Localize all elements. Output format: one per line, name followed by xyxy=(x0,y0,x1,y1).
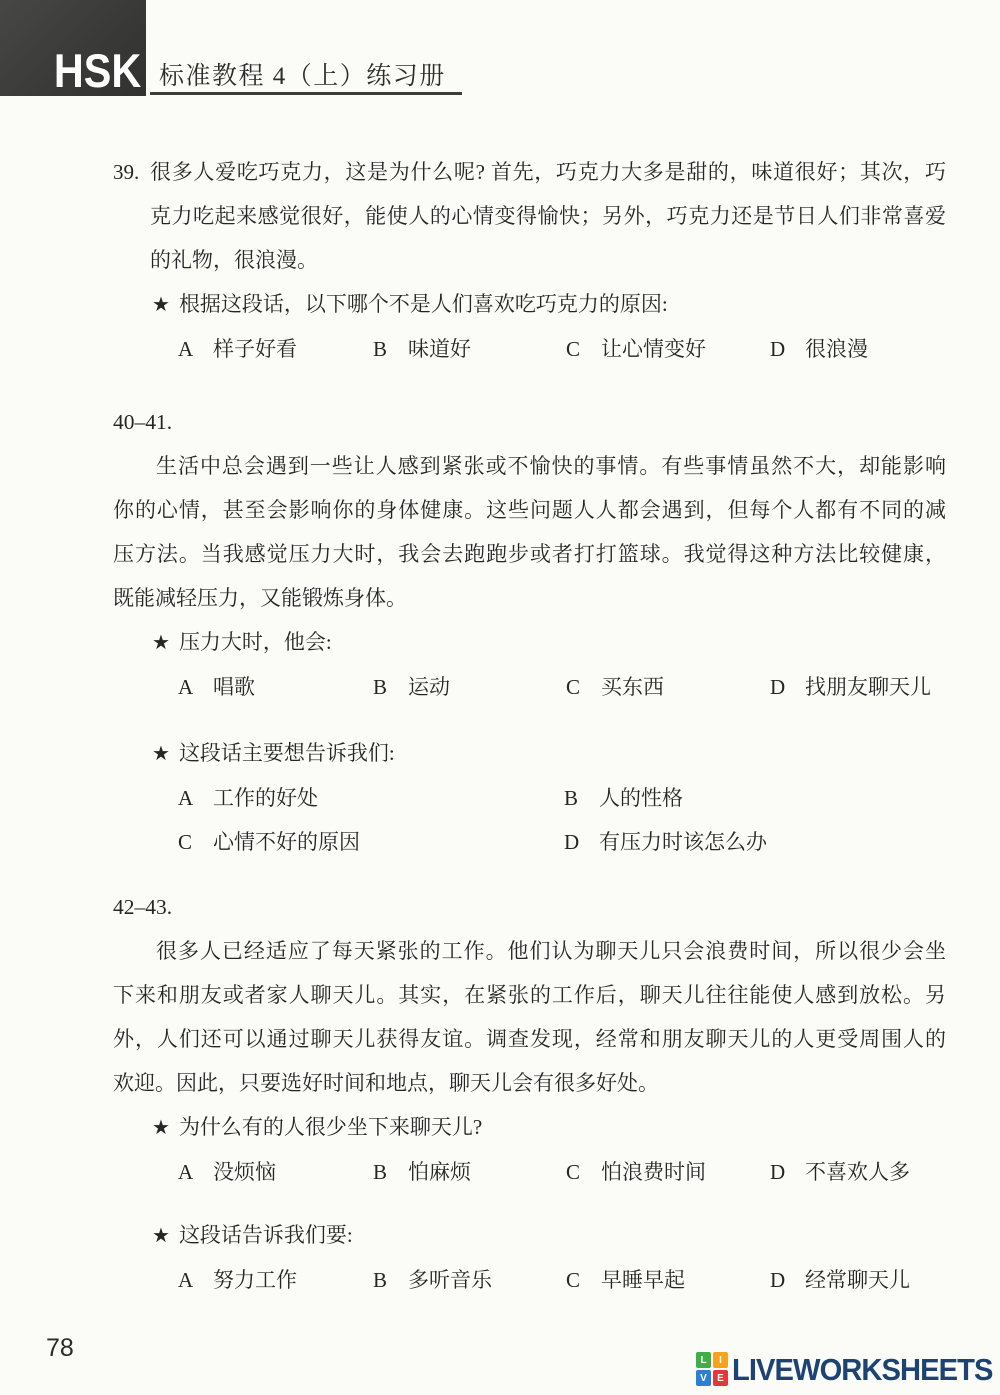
question-41-options-row1: A工作的好处 B人的性格 xyxy=(113,776,946,820)
option-text: 人的性格 xyxy=(599,786,683,810)
option-text: 找朋友聊天儿 xyxy=(805,675,931,699)
question-40-star: ★压力大时，他会: xyxy=(113,620,946,665)
option-text: 很浪漫 xyxy=(805,337,868,361)
option-d[interactable]: D找朋友聊天儿 xyxy=(770,665,931,709)
option-c[interactable]: C心情不好的原因 xyxy=(178,820,564,864)
option-letter: B xyxy=(373,327,408,371)
option-letter: A xyxy=(178,665,213,709)
star-icon: ★ xyxy=(152,621,170,665)
passage-line: 很多人已经适应了每天紧张的工作。他们认为聊天儿只会浪费时间，所以很少会坐 xyxy=(113,929,946,973)
option-text: 早睡早起 xyxy=(601,1268,685,1292)
option-b[interactable]: B味道好 xyxy=(373,327,566,371)
option-letter: D xyxy=(564,820,599,864)
star-question-text: 为什么有的人很少坐下来聊天儿? xyxy=(179,1115,482,1139)
logo-square-l: L xyxy=(696,1352,711,1368)
section-number-40-41: 40–41. xyxy=(113,400,946,444)
option-text: 多听音乐 xyxy=(408,1268,492,1292)
option-text: 怕麻烦 xyxy=(408,1160,471,1184)
option-text: 努力工作 xyxy=(213,1268,297,1292)
option-text: 有压力时该怎么办 xyxy=(599,830,767,854)
option-letter: A xyxy=(178,776,213,820)
passage-line: 外，人们还可以通过聊天儿获得友谊。调查发现，经常和朋友聊天儿的人更受周围人的 xyxy=(113,1017,946,1061)
passage-line: 克力吃起来感觉很好，能使人的心情变得愉快；另外，巧克力还是节日人们非常喜爱 xyxy=(150,194,946,238)
star-icon: ★ xyxy=(152,283,170,327)
star-icon: ★ xyxy=(152,732,170,776)
star-icon: ★ xyxy=(152,1214,170,1258)
option-text: 怕浪费时间 xyxy=(601,1160,706,1184)
option-a[interactable]: A努力工作 xyxy=(178,1258,373,1302)
section-number-42-43: 42–43. xyxy=(113,885,946,929)
option-letter: D xyxy=(770,1150,805,1194)
star-question-text: 根据这段话，以下哪个不是人们喜欢吃巧克力的原因: xyxy=(179,292,668,316)
option-b[interactable]: B人的性格 xyxy=(564,776,683,820)
page-content: 39. 很多人爱吃巧克力，这是为什么呢? 首先，巧克力大多是甜的，味道很好；其次… xyxy=(113,96,946,1302)
passage-line: 生活中总会遇到一些让人感到紧张或不愉快的事情。有些事情虽然不大，却能影响 xyxy=(113,444,946,488)
option-b[interactable]: B怕麻烦 xyxy=(373,1150,566,1194)
option-letter: D xyxy=(770,327,805,371)
option-letter: C xyxy=(566,327,601,371)
star-question-text: 这段话主要想告诉我们: xyxy=(179,741,395,765)
liveworksheets-icon: L I V E xyxy=(696,1352,728,1386)
option-letter: D xyxy=(770,1258,805,1302)
course-title: 标准教程 4（上）练习册 xyxy=(159,56,446,92)
option-a[interactable]: A没烦恼 xyxy=(178,1150,373,1194)
option-letter: B xyxy=(373,1150,408,1194)
logo-square-e: E xyxy=(713,1370,728,1386)
option-letter: C xyxy=(566,1150,601,1194)
passage-42-43: 很多人已经适应了每天紧张的工作。他们认为聊天儿只会浪费时间，所以很少会坐 下来和… xyxy=(113,929,946,1105)
option-text: 味道好 xyxy=(408,337,471,361)
option-b[interactable]: B运动 xyxy=(373,665,566,709)
hsk-logo: HSK xyxy=(0,0,146,96)
title-underline xyxy=(150,92,462,95)
option-c[interactable]: C买东西 xyxy=(566,665,770,709)
option-text: 样子好看 xyxy=(213,337,297,361)
question-43-star: ★这段话告诉我们要: xyxy=(113,1213,946,1258)
option-text: 不喜欢人多 xyxy=(805,1160,910,1184)
option-letter: A xyxy=(178,1150,213,1194)
question-40-options: A唱歌 B运动 C买东西 D找朋友聊天儿 xyxy=(113,665,946,709)
question-39-options: A样子好看 B味道好 C让心情变好 D很浪漫 xyxy=(113,327,946,371)
passage-line: 下来和朋友或者家人聊天儿。其实，在紧张的工作后，聊天儿往往能使人感到放松。另 xyxy=(113,973,946,1017)
option-c[interactable]: C早睡早起 xyxy=(566,1258,770,1302)
option-a[interactable]: A样子好看 xyxy=(178,327,373,371)
option-d[interactable]: D经常聊天儿 xyxy=(770,1258,910,1302)
option-d[interactable]: D很浪漫 xyxy=(770,327,868,371)
passage-line: 压方法。当我感觉压力大时，我会去跑跑步或者打打篮球。我觉得这种方法比较健康， xyxy=(113,532,946,576)
option-d[interactable]: D不喜欢人多 xyxy=(770,1150,910,1194)
option-text: 买东西 xyxy=(601,675,664,699)
question-42-options: A没烦恼 B怕麻烦 C怕浪费时间 D不喜欢人多 xyxy=(113,1150,946,1194)
option-letter: D xyxy=(770,665,805,709)
star-question-text: 这段话告诉我们要: xyxy=(179,1223,353,1247)
option-text: 让心情变好 xyxy=(601,337,706,361)
passage-line: 的礼物，很浪漫。 xyxy=(150,238,946,282)
star-question-text: 压力大时，他会: xyxy=(179,630,332,654)
option-c[interactable]: C怕浪费时间 xyxy=(566,1150,770,1194)
page-number: 78 xyxy=(46,1334,74,1363)
passage-line: 很多人爱吃巧克力，这是为什么呢? 首先，巧克力大多是甜的，味道很好；其次，巧 xyxy=(150,150,946,194)
option-text: 唱歌 xyxy=(213,675,255,699)
question-43-options: A努力工作 B多听音乐 C早睡早起 D经常聊天儿 xyxy=(113,1258,946,1302)
option-letter: C xyxy=(178,820,213,864)
question-number: 39. xyxy=(113,150,139,194)
option-letter: C xyxy=(566,665,601,709)
option-letter: C xyxy=(566,1258,601,1302)
option-letter: A xyxy=(178,327,213,371)
option-b[interactable]: B多听音乐 xyxy=(373,1258,566,1302)
passage-line: 欢迎。因此，只要选好时间和地点，聊天儿会有很多好处。 xyxy=(113,1061,946,1105)
question-42-star: ★为什么有的人很少坐下来聊天儿? xyxy=(113,1105,946,1150)
option-text: 没烦恼 xyxy=(213,1160,276,1184)
option-letter: B xyxy=(373,665,408,709)
liveworksheets-logo[interactable]: L I V E LIVEWORKSHEETS xyxy=(696,1352,1000,1386)
passage-40-41: 生活中总会遇到一些让人感到紧张或不愉快的事情。有些事情虽然不大，却能影响 你的心… xyxy=(113,444,946,620)
question-41-star: ★这段话主要想告诉我们: xyxy=(113,731,946,776)
option-letter: B xyxy=(373,1258,408,1302)
workbook-page: HSK 标准教程 4（上）练习册 39. 很多人爱吃巧克力，这是为什么呢? 首先… xyxy=(0,0,1000,1395)
question-41-options-row2: C心情不好的原因 D有压力时该怎么办 xyxy=(113,820,946,864)
question-39-passage: 39. 很多人爱吃巧克力，这是为什么呢? 首先，巧克力大多是甜的，味道很好；其次… xyxy=(113,150,946,282)
hsk-logo-text: HSK xyxy=(54,47,141,94)
option-text: 工作的好处 xyxy=(213,786,318,810)
option-a[interactable]: A工作的好处 xyxy=(178,776,564,820)
logo-square-i: I xyxy=(713,1352,728,1368)
liveworksheets-wordmark: LIVEWORKSHEETS xyxy=(732,1354,992,1385)
option-letter: A xyxy=(178,1258,213,1302)
option-a[interactable]: A唱歌 xyxy=(178,665,373,709)
passage-line: 既能减轻压力，又能锻炼身体。 xyxy=(113,576,946,620)
question-39-star: ★根据这段话，以下哪个不是人们喜欢吃巧克力的原因: xyxy=(113,282,946,327)
passage-line: 你的心情，甚至会影响你的身体健康。这些问题人人都会遇到，但每个人都有不同的减 xyxy=(113,488,946,532)
option-text: 运动 xyxy=(408,675,450,699)
option-c[interactable]: C让心情变好 xyxy=(566,327,770,371)
option-letter: B xyxy=(564,776,599,820)
option-text: 心情不好的原因 xyxy=(213,830,360,854)
option-text: 经常聊天儿 xyxy=(805,1268,910,1292)
star-icon: ★ xyxy=(152,1106,170,1150)
logo-square-v: V xyxy=(696,1370,711,1386)
option-d[interactable]: D有压力时该怎么办 xyxy=(564,820,767,864)
